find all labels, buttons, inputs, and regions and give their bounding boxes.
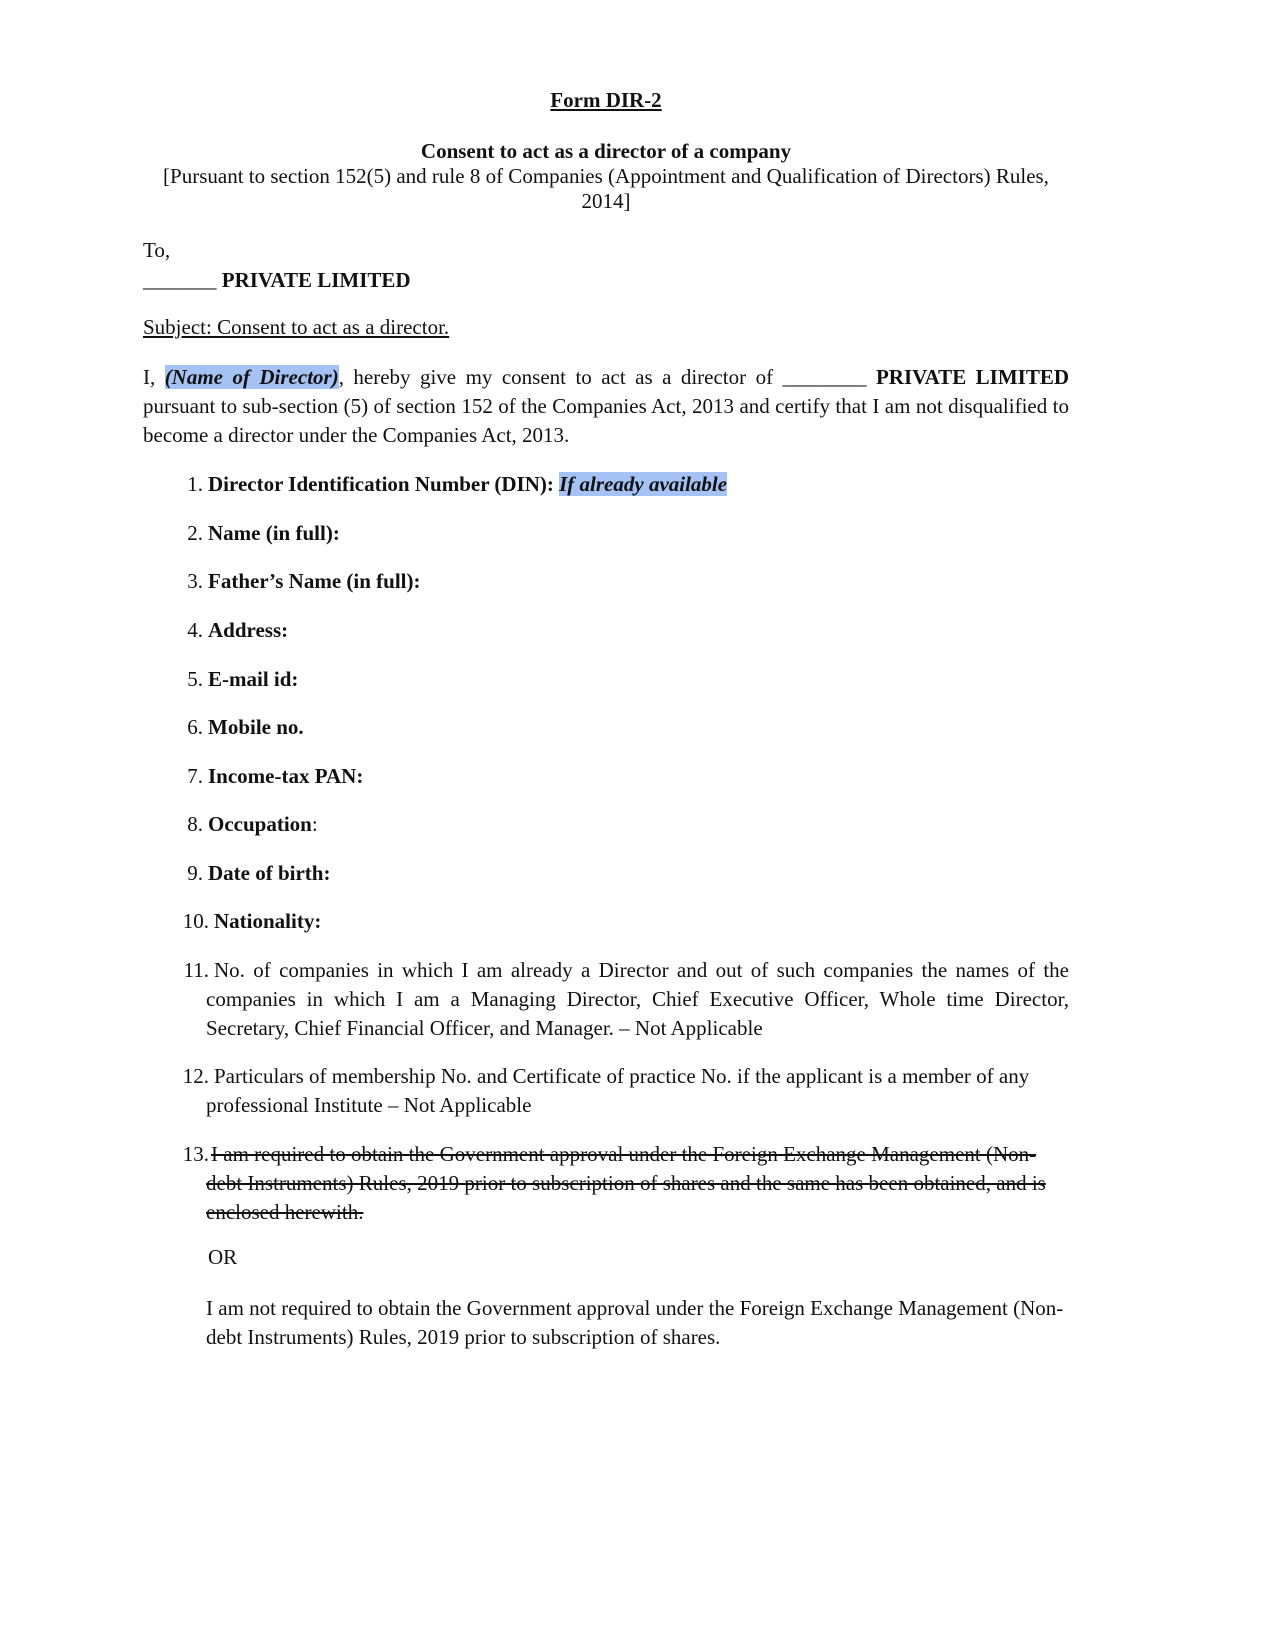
item-number: 5. [143,665,203,694]
item-number: 7. [143,762,203,791]
item-number: 6. [143,713,203,742]
item-label: Occupation [208,812,312,836]
item-number: 3. [143,567,203,596]
item-label: Mobile no. [208,713,1069,742]
or-separator: OR [208,1245,237,1270]
din-placeholder[interactable]: If already available [559,472,727,496]
subject-line: Subject: Consent to act as a director. [143,315,449,340]
item-label: Director Identification Number (DIN): [208,472,559,496]
item-label: Nationality: [214,907,1075,936]
form-title: Form DIR-2 [143,88,1069,113]
item-label: Address: [208,616,1069,645]
item-label: E-mail id: [208,665,1069,694]
intro-prefix: I, [143,365,165,389]
item-number: 2. [143,519,203,548]
item-number: 1. [143,470,203,499]
item-colon: : [312,812,318,836]
item-text-struck: I am required to obtain the Government a… [206,1140,1069,1227]
director-name-placeholder[interactable]: (Name of Director) [165,365,339,389]
item-number: 11. [143,956,209,985]
item-label: Name (in full): [208,519,1069,548]
intro-middle: , hereby give my consent to act as a dir… [339,365,876,389]
item-label: Date of birth: [208,859,1069,888]
item-number: 9. [143,859,203,888]
consent-paragraph: I, (Name of Director), hereby give my co… [143,363,1069,450]
item-number: 13. [143,1140,209,1169]
intro-suffix: pursuant to sub-section (5) of section 1… [143,394,1069,447]
item-number: 12. [143,1062,209,1091]
salutation: To, [143,238,170,263]
pursuant-line: [Pursuant to section 152(5) and rule 8 o… [143,164,1069,214]
item-text: Particulars of membership No. and Certif… [206,1062,1036,1120]
item-number: 10. [143,907,209,936]
item-number: 4. [143,616,203,645]
alternative-declaration: I am not required to obtain the Governme… [206,1294,1069,1352]
addressee-company: PRIVATE LIMITED [222,268,411,292]
addressee-blank[interactable]: _______ [143,268,217,292]
item-text: No. of companies in which I am already a… [206,956,1069,1043]
item-label: Income-tax PAN: [208,762,1069,791]
intro-company: PRIVATE LIMITED [876,365,1069,389]
item-number: 8. [143,810,203,839]
item-label: Father’s Name (in full): [208,567,1069,596]
addressee: _______ PRIVATE LIMITED [143,268,411,293]
form-heading: Consent to act as a director of a compan… [143,139,1069,164]
